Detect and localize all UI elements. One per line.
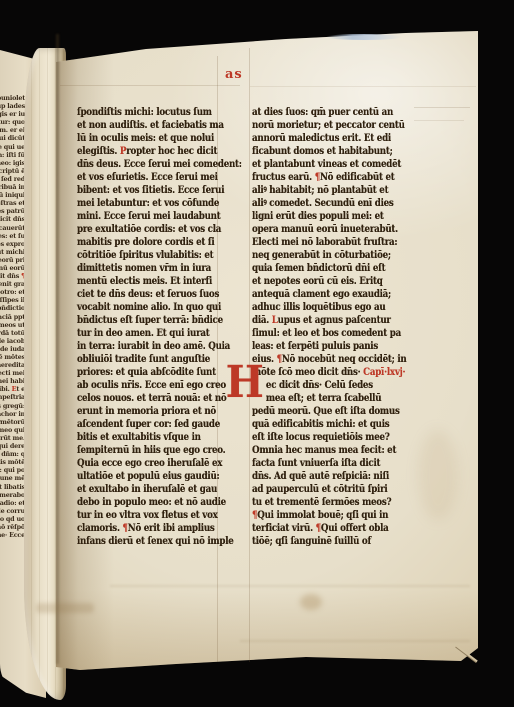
- gutter-shadow: [56, 34, 59, 664]
- manuscript-text-line: leas: et ſerpēti puluis panis: [252, 340, 405, 353]
- manuscript-text-line: mei letabuntur: et vos cōfunde: [77, 197, 230, 210]
- right-text-column: at dies ſuos: qm̄ puer centū annorū mori…: [252, 106, 428, 548]
- manuscript-text-line: infans dierū et ſenex qui nō imple: [77, 535, 230, 548]
- manuscript-text-line: Et vos qui dere: [0, 442, 25, 450]
- manuscript-text-line: clamoris. ¶Nō erit ibi amplius: [77, 522, 230, 535]
- manuscript-text-line: liquiſtis dn̄m: q: [0, 450, 25, 458]
- manuscript-text-line: facta ſunt vniuerſa iſta dicit: [252, 457, 405, 470]
- manuscript-text-line: mea eſt; et terra ſcabellū: [252, 392, 405, 405]
- manuscript-text-line: aliꝰ comedet. Secundū enī dies: [252, 197, 405, 210]
- manuscript-text-line: et vallis achor in: [0, 410, 25, 418]
- manuscript-text-line: cubile armētorū: [0, 418, 25, 426]
- manuscript-text-line: annorū maledictus erit. Et edi: [252, 132, 405, 145]
- manuscript-text-line: elegiſtis. Propter hoc hec dicit: [77, 145, 230, 158]
- manuscript-text-line: ſimul dicit dn̄s: [0, 215, 25, 223]
- manuscript-text-line: iniqtates patrū: [0, 207, 25, 215]
- manuscript-text-line: bibent: et vos ſitietis. Ecce ſerui: [77, 184, 230, 197]
- manuscript-text-line: aſis eos qui dicūt: [0, 134, 25, 142]
- manuscript-text-line: Quia ecce ego creo iheruſalē ex: [77, 457, 230, 470]
- manuscript-text-line: fructus earū. ¶Nō edificabūt et: [252, 171, 405, 184]
- ruling-line-horizontal-top: [60, 85, 240, 86]
- manuscript-text-line: ec dicit dn̄s· Celū ſedes: [252, 379, 405, 392]
- manuscript-text-line: diā. Lupus et agnus paſcentur: [252, 314, 405, 327]
- manuscript-text-line: erunt in memoria priora et nō: [77, 405, 230, 418]
- manuscript-text-line: dā et retribuā in: [0, 183, 25, 191]
- manuscript-text-line: Hec dicit dn̄s ¶: [0, 272, 25, 280]
- manuscript-photo: ur: qui punioletrchūt ſup ladesin uſquīg…: [0, 0, 514, 707]
- manuscript-text-line: lus remūtur: quo: [0, 118, 25, 126]
- manuscript-text-line: ſimul: et leo et bos comedent pa: [252, 327, 405, 340]
- manuscript-text-line: vocabit nomine alio. In quo qui: [77, 301, 230, 314]
- manuscript-text-line: quā edificabitis michi: et quis: [252, 418, 405, 431]
- manuscript-text-line: ſup eā. numerabo: [0, 491, 25, 499]
- manuscript-text-line: rchūt ſup lades: [0, 102, 25, 110]
- manuscript-text-line: meos: et heredita: [0, 361, 25, 369]
- manuscript-text-line: oēs in cede corru: [0, 507, 25, 515]
- manuscript-text-line: et vos eſurietis. Ecce ſerui mei: [77, 171, 230, 184]
- manuscript-text-line: cōtritiōe ſpiritus vlulabitis: et: [77, 249, 230, 262]
- left-text-column: ſpondiſtis michi: locutus ſumet non audi…: [77, 106, 253, 548]
- manuscript-text-line: ſeruos meos ut: [0, 321, 25, 329]
- ink-bleedthrough-smudge: [36, 603, 94, 613]
- manuscript-text-line: mabitis pre dolore cordis et ſi: [77, 236, 230, 249]
- manuscript-text-line: tabunt ibi. Et e: [0, 385, 25, 393]
- manuscript-text-line: ultatiōe et populū eius gaudiū:: [77, 470, 230, 483]
- manuscript-text-line: diſtis me· Ecce: [0, 531, 25, 539]
- manuscript-text-line: ſempiternū in hiis que ego creo.: [77, 444, 230, 457]
- manuscript-text-line: priores: et quia abſcōdite ſunt: [77, 366, 230, 379]
- chapter-initial-letter: H: [226, 363, 264, 403]
- manuscript-text-line: ab oculis nr̄is. Ecce enī ego creo: [77, 379, 230, 392]
- rubricated-text: Capī·lxvj·: [363, 367, 405, 378]
- manuscript-text-line: et nepotes eorū cū eis. Eritq: [252, 275, 405, 288]
- manuscript-text-line: ſpondiſtis michi: locutus ſum: [77, 106, 230, 119]
- manuscript-text-line: die. ecce ſcriptū ē: [0, 167, 25, 175]
- manuscript-text-line: qui ſacrificauerūt: [0, 224, 25, 232]
- manuscript-text-line: quia ſemen bn̄dictorū dn̄i eſt: [252, 262, 405, 275]
- manuscript-text-line: ligni erūt dies populi mei: et: [252, 210, 405, 223]
- manuscript-text-line: norū morietur; et peccator centū: [252, 119, 405, 132]
- manuscript-text-line: celos nouos. et terrā nouā: et nō: [77, 392, 230, 405]
- manuscript-text-line: tates veſtras et: [0, 199, 25, 207]
- manuscript-text-line: tu et trementē ſermōes meos?: [252, 496, 405, 509]
- manuscript-text-line: debo in populo meo: et nō audie: [77, 496, 230, 509]
- manuscript-text-line: etis: pro eo qd uo: [0, 515, 25, 523]
- page-stain: [300, 594, 322, 610]
- manuscript-text-line: terficiat virū. ¶Qui offert obla: [252, 522, 405, 535]
- manuscript-text-line: ora in ſinū eorū: [0, 264, 25, 272]
- manuscript-text-line: in furore meo: igis: [0, 159, 25, 167]
- manuscript-text-line: bunt eā electi mei: [0, 369, 25, 377]
- manuscript-text-line: bn̄dictus eſt ſuper terrā: bn̄dice: [77, 314, 230, 327]
- manuscript-text-line: ur: qui puniolet: [0, 94, 25, 102]
- manuscript-text-line: aliꝰ habitabit; nō plantabūt et: [252, 184, 405, 197]
- manuscript-text-line: mentū electis meis. Et interfi: [77, 275, 230, 288]
- manuscript-text-line: ſup montes: et ſu: [0, 232, 25, 240]
- manuscript-text-line: ſinū eorū iniqui: [0, 191, 25, 199]
- manuscript-text-line: populo meo qui: [0, 426, 25, 434]
- manuscript-text-line: ficabunt domos et habitabunt;: [252, 145, 405, 158]
- manuscript-text-line: lū in oculis meis: et que nolui: [77, 132, 230, 145]
- manuscript-text-line: dr̄: ne diſſipes il: [0, 296, 25, 304]
- manuscript-text-line: in uſquīgis er iu: [0, 110, 25, 118]
- manuscript-text-line: Electi mei nō laborabūt fruſtra:: [252, 236, 405, 249]
- manuscript-text-line: antequā clament ego exaudiā;: [252, 288, 405, 301]
- manuscript-text-line: um. appe qui ue: [0, 143, 25, 151]
- manuscript-text-line: tiōē; qſi ſanguinē ſuillū of: [252, 535, 405, 548]
- facing-page-text-fragment-column: ur: qui punioletrchūt ſup ladesin uſquīg…: [0, 94, 25, 542]
- manuscript-text-line: tur in eo vltra vox fletus et vox: [77, 509, 230, 522]
- parchment-crease-2: [240, 640, 470, 642]
- manuscript-text-line: Omnia hec manus mea fecit: et: [252, 444, 405, 457]
- manuscript-text-line: mini. Ecce ſerui mei laudabunt: [77, 210, 230, 223]
- manuscript-text-line: aſcendent ſuper cor: ſed gaude: [77, 418, 230, 431]
- manuscript-text-line: in caulas gregū:: [0, 402, 25, 410]
- manuscript-text-line: mōte ſcō meo dicit dn̄s· Capī·lxvj·: [252, 366, 405, 379]
- manuscript-text-line: ſmāchis ea: iſti ſū: [0, 151, 25, 159]
- manuscript-text-line: in terra: iurabit in deo amē. Quia: [77, 340, 230, 353]
- manuscript-text-line: p colles expro: [0, 240, 25, 248]
- manuscript-text-line: ad pauperculū et cōtritū ſpiri: [252, 483, 405, 496]
- manuscript-text-line: nō diſperdā totū: [0, 329, 25, 337]
- manuscript-text-line: dn̄s deus. Ecce ſerui mei comedent:: [77, 158, 230, 171]
- manuscript-text-line: opera manuū eorū inueterabūt.: [252, 223, 405, 236]
- manuscript-text-line: et ſerui mei habi: [0, 377, 25, 385]
- manuscript-text-line: ciet te dn̄s deus: et ſeruos ſuos: [77, 288, 230, 301]
- manuscript-text-line: qm̄ inuenit gra: [0, 280, 25, 288]
- manuscript-text-line: ſemen: et de iuda: [0, 345, 25, 353]
- manuscript-text-line: ſam: et libatis: [0, 483, 25, 491]
- manuscript-text-line: bitis et exultabitis vſque in: [77, 431, 230, 444]
- manuscript-text-line: brauerūt michi: [0, 248, 25, 256]
- manuscript-text-line: pedū meorū. Que eſt iſta domus: [252, 405, 405, 418]
- manuscript-text-line: runt campeſtria: [0, 393, 25, 401]
- manuscript-text-line: obliuiōi tradite ſunt anguſtie: [77, 353, 230, 366]
- manuscript-text-line: eius. ¶Nō nocebūt neq occidēt; in: [252, 353, 405, 366]
- manuscript-text-line: nitis fortune mē: [0, 474, 25, 482]
- manuscript-text-line: poſſidentē mōtes: [0, 353, 25, 361]
- manuscript-text-line: et plantabunt vineas et comedēt: [252, 158, 405, 171]
- ruling-line-horizontal-top-right: [250, 86, 476, 87]
- manuscript-text-line: lud qm̄ bn̄dictio: [0, 304, 25, 312]
- manuscript-text-line: non ſuilām. er ei: [0, 126, 25, 134]
- manuscript-text-line: at dies ſuos: qm̄ puer centū an: [252, 106, 405, 119]
- manuscript-text-line: et exultabo in iheruſalē et gau: [77, 483, 230, 496]
- manuscript-text-line: dn̄s. Ad quē autē reſpiciā: niſi: [252, 470, 405, 483]
- page-top-reflection: [326, 34, 402, 40]
- manuscript-text-line: cāui et nō rēſpō: [0, 523, 25, 531]
- parchment-crease-1: [110, 585, 470, 587]
- manuscript-text-line: nū in botro: et: [0, 288, 25, 296]
- manuscript-text-line: adhuc illis loquētibus ego au: [252, 301, 405, 314]
- manuscript-text-line: requiſierūt me.: [0, 434, 25, 442]
- manuscript-text-line: neq generabūt in cōturbatiōe;: [252, 249, 405, 262]
- manuscript-text-line: et opa eorū pri: [0, 256, 25, 264]
- manuscript-text-line: dimittetis nomen vr̄m in iura: [77, 262, 230, 275]
- manuscript-text-line: pre exultatiōe cordis: et vos cla: [77, 223, 230, 236]
- manuscript-text-line: eſt iſte locus requietiōis mee?: [252, 431, 405, 444]
- manuscript-text-line: tur in deo amen. Et qui iurat: [77, 327, 230, 340]
- manuscript-text-line: ſcm̄ meū: qui po: [0, 466, 25, 474]
- manuscript-text-line: ¶Qui immolat bouē; qſi qui in: [252, 509, 405, 522]
- manuscript-text-line: lon tacebo: ſed red: [0, 175, 25, 183]
- manuscript-text-line: eſt: ſic faciā ppt: [0, 313, 25, 321]
- manuscript-text-line: et non audiſtis. et faciebatis ma: [77, 119, 230, 132]
- manuscript-text-line: vos in gladio: et: [0, 499, 25, 507]
- running-header: as: [225, 67, 243, 82]
- manuscript-text-line: obliti eſtis mōtē: [0, 458, 25, 466]
- manuscript-text-line: et educā de iacob: [0, 337, 25, 345]
